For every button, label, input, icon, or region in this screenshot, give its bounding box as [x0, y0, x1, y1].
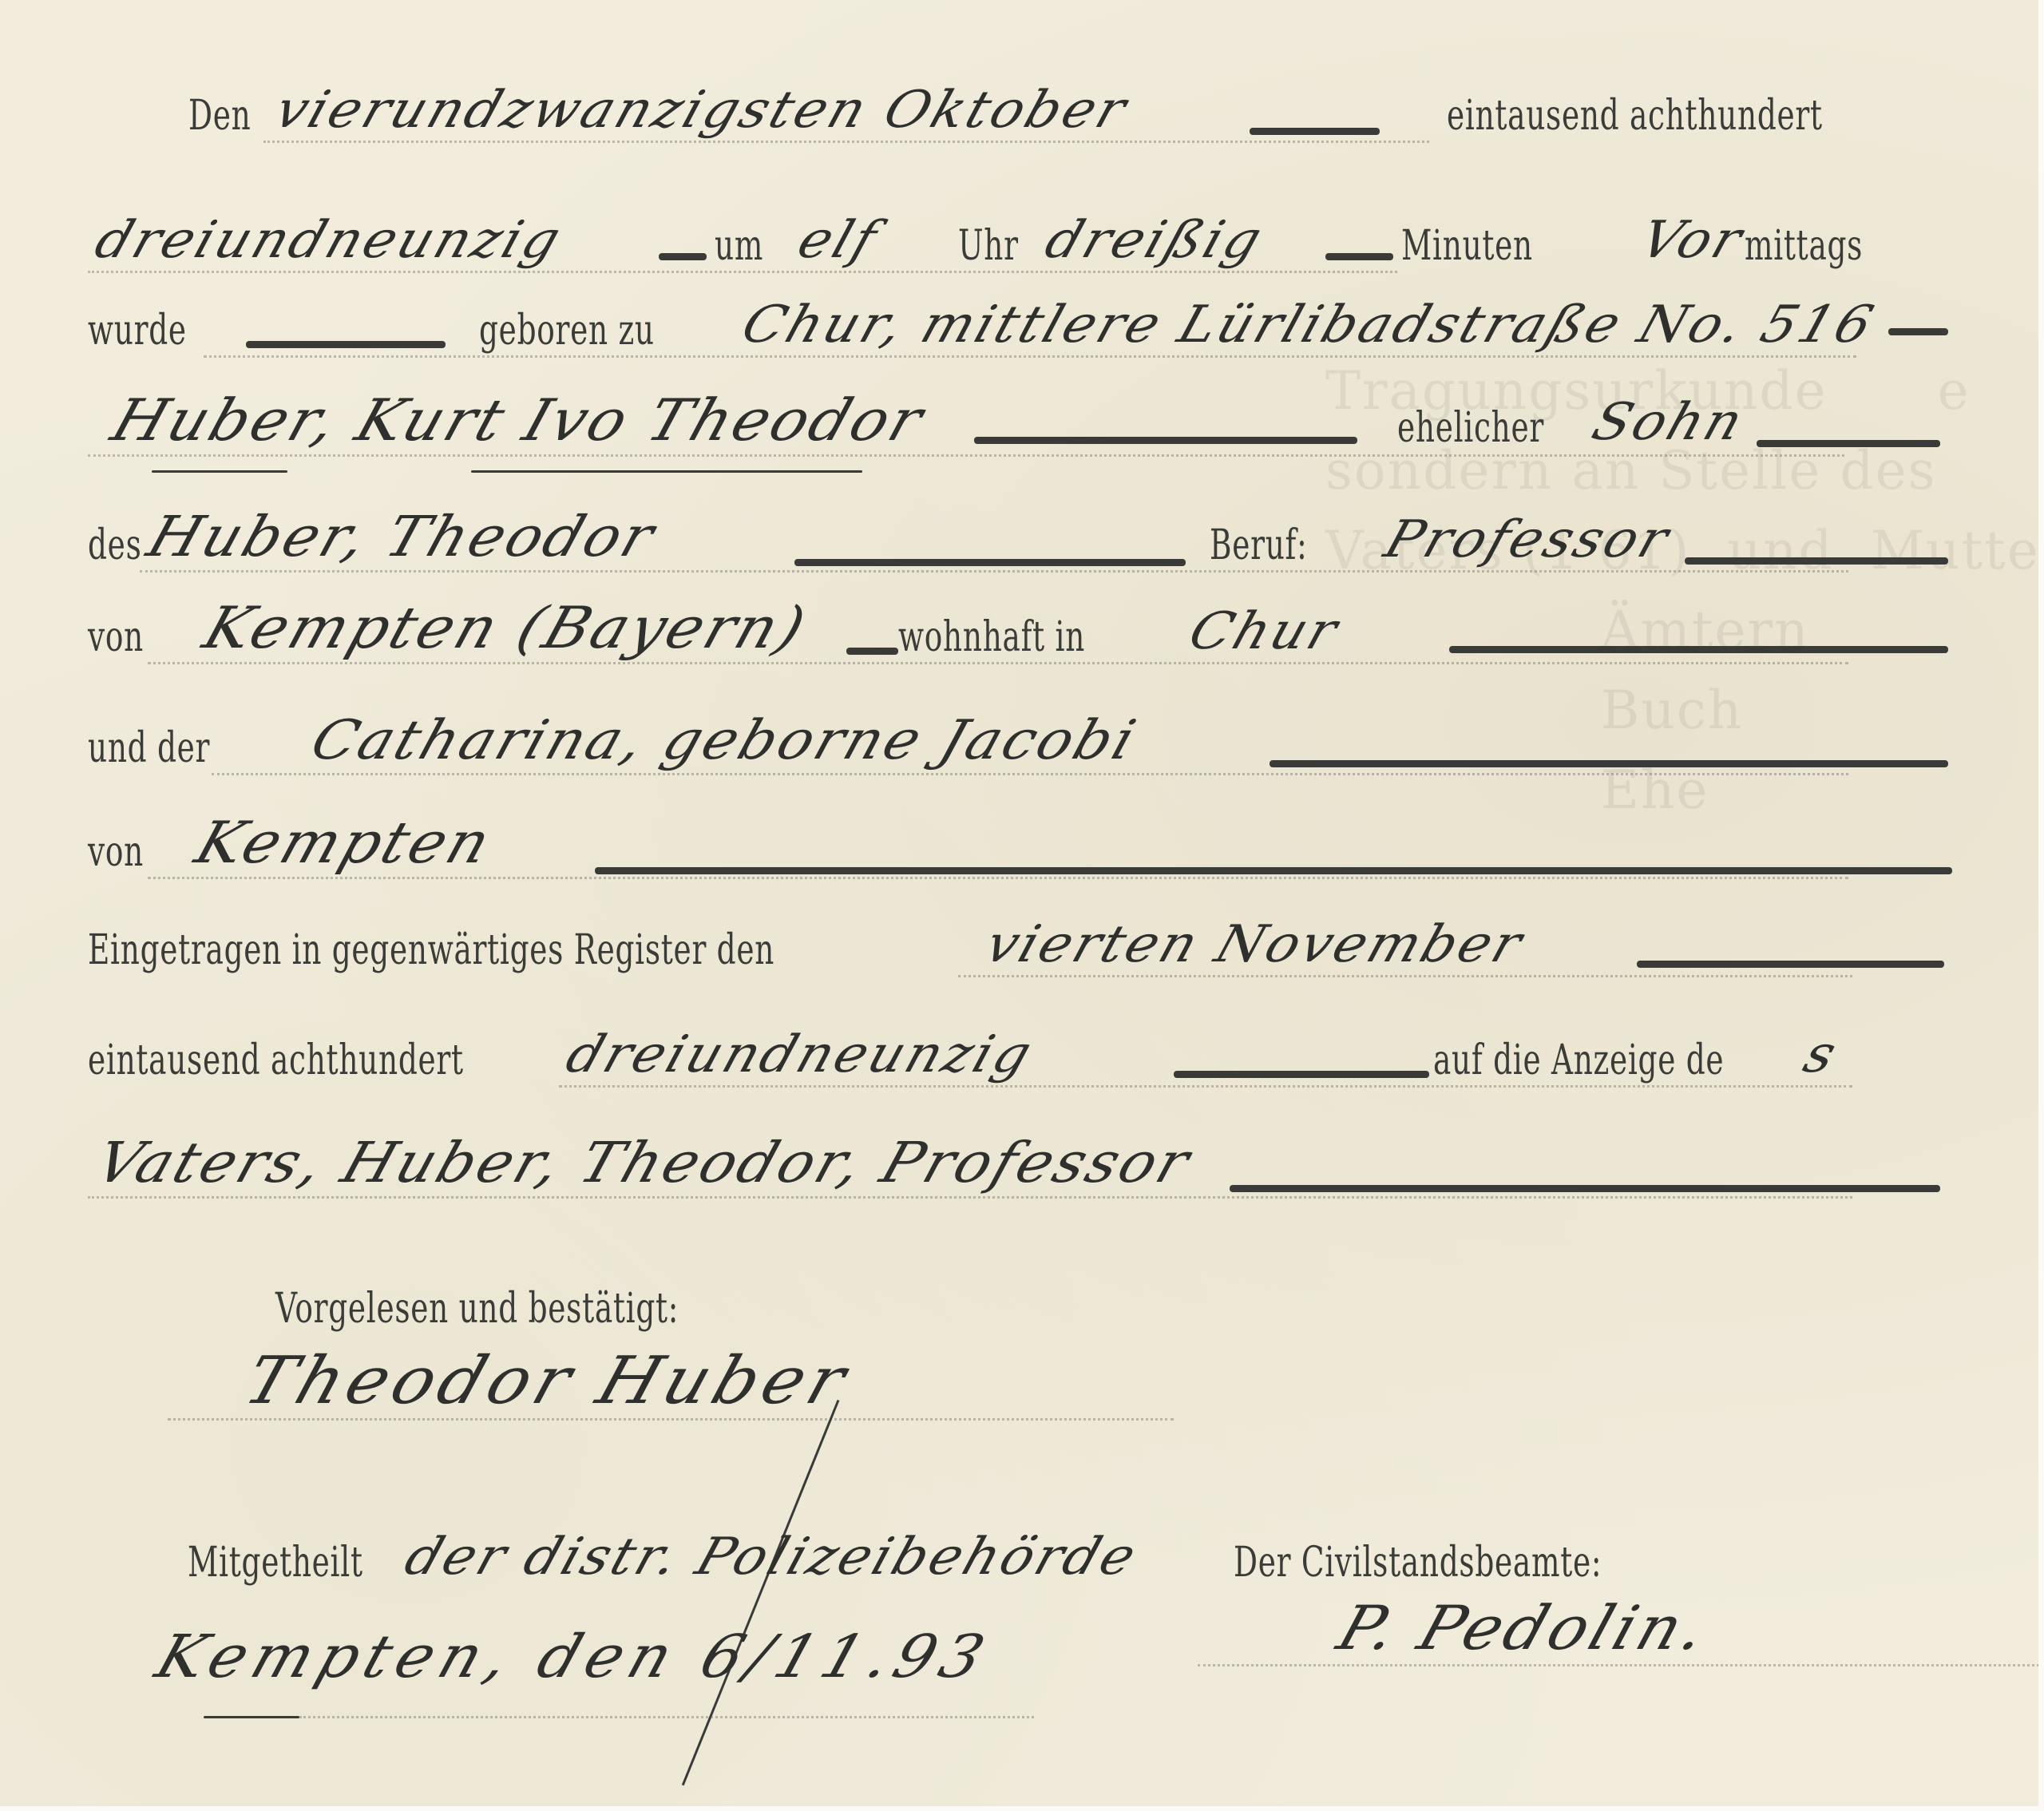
handwritten-recipient: der distr. Polizeibehörde: [398, 1528, 1146, 1587]
printed-auf-die-anzeige: auf die Anzeige de: [1433, 1036, 1724, 1084]
line-father: des Huber, Theodor Beruf: Professor: [0, 567, 2038, 568]
printed-wohnhaft-in: wohnhaft in: [898, 613, 1085, 661]
fill-dash: [1230, 1185, 1940, 1192]
handwritten-date-day: vierundzwanzigsten Oktober: [267, 81, 1135, 140]
handwritten-birthplace: Chur, mittlere Lürlibadstraße No. 516: [735, 295, 1883, 355]
page-edge: [0, 1806, 2044, 1811]
fill-dash: [1270, 760, 1948, 767]
fill-dash: [1888, 328, 1948, 335]
handwritten-mother-origin: Kempten: [188, 809, 501, 876]
fill-dash: [246, 341, 446, 348]
printed-den: Den: [188, 92, 251, 140]
confirmation-signature-line: Theodor Huber: [0, 1415, 2038, 1416]
printed-vorgelesen: Vorgelesen und bestätigt:: [275, 1285, 679, 1333]
line-birthplace: wurde geboren zu Chur, mittlere Lürlibad…: [0, 352, 2038, 353]
fill-dash: [846, 648, 898, 655]
printed-eintausend-achthundert: eintausend achthundert: [88, 1036, 464, 1084]
fill-dash: [1757, 440, 1940, 447]
line-registered: Eingetragen in gegenwärtiges Register de…: [0, 972, 2038, 973]
printed-von: von: [88, 828, 144, 876]
confirmation-section: Vorgelesen und bestätigt:: [0, 1330, 2038, 1331]
printed-geboren-zu: geboren zu: [479, 307, 655, 355]
line-time: dreiundneunzig um elf Uhr dreißig Minute…: [0, 267, 2038, 268]
printed-civilstandsbeamte: Der Civilstandsbeamte:: [1234, 1539, 1602, 1587]
fill-dash: [659, 253, 707, 260]
line-date: Den vierundzwanzigsten Oktober eintausen…: [0, 137, 2038, 138]
printed-minuten: Minuten: [1401, 222, 1533, 270]
handwritten-year: dreiundneunzig: [88, 211, 570, 270]
printed-eintausend: eintausend achthundert: [1447, 92, 1823, 140]
fill-dash: [595, 867, 1952, 874]
printed-beruf: Beruf:: [1210, 521, 1307, 569]
handwritten-child-name: Huber, Kurt Ivo Theodor: [104, 386, 933, 454]
handwritten-mother-name: Catharina, geborne Jacobi: [303, 709, 1145, 772]
handwritten-father-origin: Kempten (Bayern): [196, 594, 816, 661]
handwritten-profession: Professor: [1377, 510, 1678, 569]
fill-dash: [1250, 128, 1380, 135]
printed-uhr: Uhr: [958, 222, 1019, 270]
handwritten-minutes: dreißig: [1038, 211, 1271, 270]
printed-mittags: mittags: [1745, 222, 1863, 270]
handwritten-registered-year: dreiundneunzig: [559, 1025, 1041, 1084]
fill-dash: [974, 437, 1357, 444]
fill-dash: [1449, 646, 1948, 653]
line-registered-year: eintausend achthundert dreiundneunzig au…: [0, 1082, 2038, 1083]
printed-und-der: und der: [88, 724, 210, 772]
registrar-signature-line: P. Pedolin.: [0, 1661, 2038, 1662]
handwritten-suffix: s: [1796, 1025, 1846, 1084]
printed-wurde: wurde: [88, 307, 187, 355]
printed-eingetragen: Eingetragen in gegenwärtiges Register de…: [88, 926, 774, 974]
line-child: Huber, Kurt Ivo Theodor ehelicher Sohn: [0, 450, 2038, 450]
fill-dash: [1685, 557, 1948, 565]
handwritten-vor: Vor: [1633, 211, 1751, 270]
handwritten-relation: Sohn: [1585, 393, 1753, 452]
signature-pedolin: P. Pedolin.: [1329, 1592, 1719, 1663]
line-father-origin: von Kempten (Bayern) wohnhaft in Chur: [0, 659, 2038, 660]
signature-theodor-huber: Theodor Huber: [236, 1343, 860, 1419]
fill-dash: [1174, 1071, 1429, 1078]
handwritten-informant: Vaters, Huber, Theodor, Professor: [88, 1130, 1200, 1195]
printed-um: um: [715, 222, 763, 270]
printed-mitgetheilt: Mitgetheilt: [188, 1539, 363, 1587]
printed-ehelicher: ehelicher: [1397, 404, 1544, 452]
handwritten-registered-date: vierten November: [978, 915, 1531, 974]
document-page: Tragungsurkunde e sondern an Stelle des …: [0, 0, 2038, 1806]
handwritten-place-date: Kempten, den 6/11.93: [148, 1623, 999, 1691]
printed-des: des: [88, 521, 142, 569]
handwritten-residence: Chur: [1182, 602, 1347, 661]
line-mother: und der Catharina, geborne Jacobi: [0, 770, 2038, 771]
fill-dash: [794, 559, 1186, 566]
handwritten-hour: elf: [790, 211, 886, 270]
line-mother-origin: von Kempten: [0, 874, 2038, 874]
fill-dash: [1325, 253, 1393, 260]
communicated-place-date: Kempten, den 6/11.93: [0, 1689, 2038, 1690]
printed-von: von: [88, 613, 144, 661]
fill-dash: [1637, 961, 1944, 968]
page-edge: [2038, 0, 2044, 1811]
registrar-section: Der Civilstandsbeamte:: [0, 1584, 2038, 1585]
line-informant: Vaters, Huber, Theodor, Professor: [0, 1193, 2038, 1194]
handwritten-father-name: Huber, Theodor: [140, 504, 664, 569]
